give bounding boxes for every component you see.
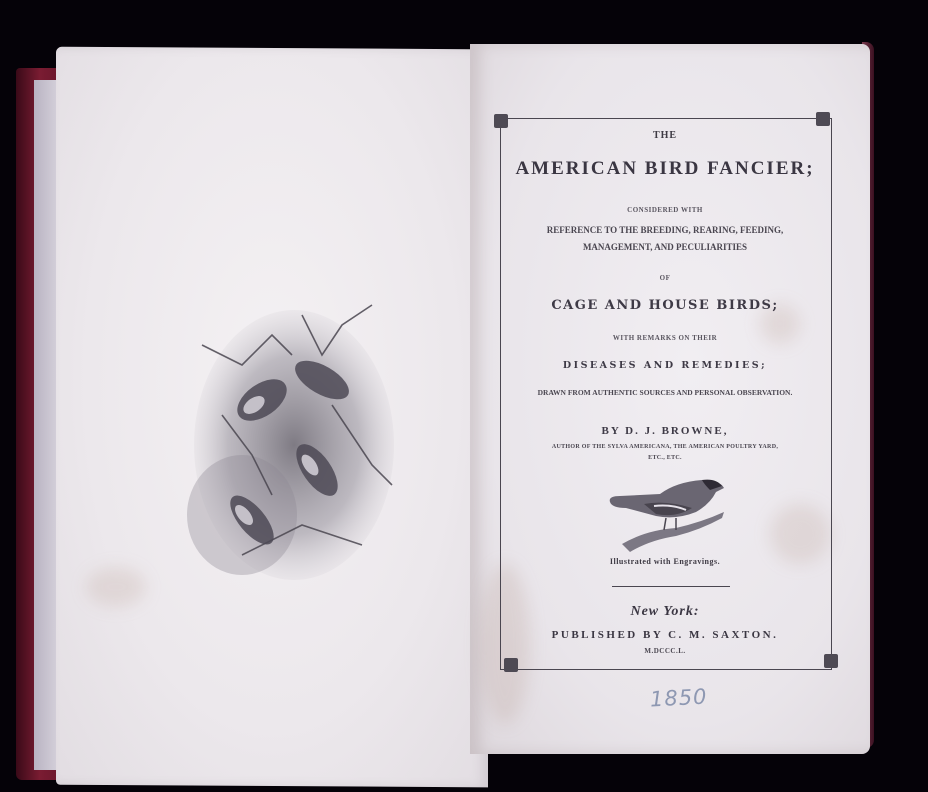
title-article: THE — [502, 130, 828, 141]
pencil-annotation-year: 1850 — [649, 685, 708, 712]
author-credits-line-1: AUTHOR OF THE SYLVA AMERICANA, THE AMERI… — [502, 442, 828, 453]
bullfinch-vignette-icon — [606, 474, 730, 556]
of-line: OF — [502, 274, 828, 282]
book-title: AMERICAN BIRD FANCIER; — [502, 158, 828, 180]
frame-corner-ornament — [824, 654, 838, 668]
separator-rule — [612, 586, 730, 587]
author-byline: BY D. J. BROWNE, — [502, 425, 828, 437]
frontispiece-bird-engraving — [182, 295, 404, 587]
with-remarks-line: WITH REMARKS ON THEIR — [502, 334, 828, 342]
paper-stain — [86, 567, 146, 607]
publication-year-roman: M.DCCC.L. — [502, 647, 828, 655]
publication-place: New York: — [502, 604, 828, 620]
reference-line-1: REFERENCE TO THE BREEDING, REARING, FEED… — [502, 222, 828, 239]
frame-corner-ornament — [816, 112, 830, 126]
drawn-from-line: DRAWN FROM AUTHENTIC SOURCES AND PERSONA… — [502, 388, 828, 397]
publisher-line: PUBLISHED BY C. M. SAXTON. — [502, 629, 828, 641]
frame-corner-ornament — [504, 658, 518, 672]
illustrated-note: Illustrated with Engravings. — [502, 557, 828, 566]
frame-corner-ornament — [494, 114, 508, 128]
author-credits-line-2: ETC., ETC. — [502, 453, 828, 464]
diseases-line: DISEASES AND REMEDIES; — [502, 360, 828, 371]
considered-with-line: CONSIDERED WITH — [502, 206, 828, 214]
reference-line-2: MANAGEMENT, AND PECULIARITIES — [502, 239, 828, 256]
subject-line: CAGE AND HOUSE BIRDS; — [502, 298, 828, 313]
